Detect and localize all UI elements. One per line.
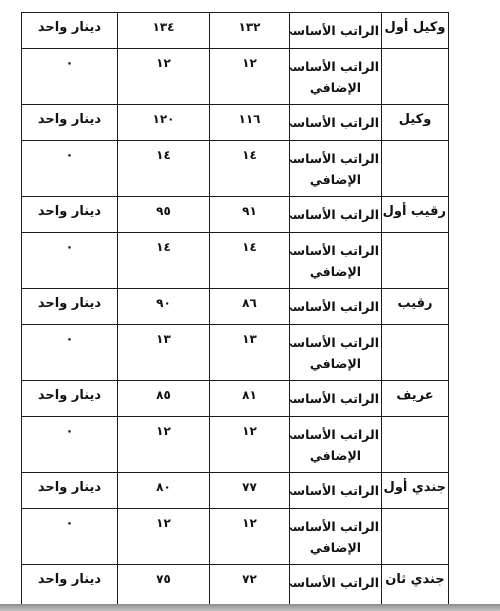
rank-cell — [382, 49, 449, 105]
salary-type-cell: الراتب الأساسيالإضافي — [290, 325, 382, 381]
rank-cell: جندي أول — [382, 473, 449, 509]
salary-type-cell: الراتب الأساسيالإضافي — [290, 141, 382, 197]
table-row: الراتب الأساسيالإضافي١٢١٢٠ — [22, 417, 449, 473]
table-row: جندي ثانالراتب الأساسي٧٢٧٥دينار واحد — [22, 565, 449, 605]
amount-a-cell: ٩١ — [210, 197, 290, 233]
rank-cell — [382, 325, 449, 381]
rank-cell: جندي ثان — [382, 565, 449, 605]
table-row: رقيبالراتب الأساسي٨٦٩٠دينار واحد — [22, 289, 449, 325]
salary-table-container: وكيل أولالراتب الأساسي١٣٢١٣٤دينار واحدال… — [21, 12, 449, 604]
rank-cell: عريف — [382, 381, 449, 417]
rank-cell — [382, 233, 449, 289]
table-row: رقيب أولالراتب الأساسي٩١٩٥دينار واحد — [22, 197, 449, 233]
note-cell: دينار واحد — [22, 197, 118, 233]
amount-b-cell: ١٣ — [118, 325, 210, 381]
table-row: عريفالراتب الأساسي٨١٨٥دينار واحد — [22, 381, 449, 417]
amount-a-cell: ٨١ — [210, 381, 290, 417]
salary-type-cell: الراتب الأساسيالإضافي — [290, 509, 382, 565]
note-cell: دينار واحد — [22, 289, 118, 325]
salary-type-cell: الراتب الأساسي — [290, 105, 382, 141]
amount-a-cell: ١٣٢ — [210, 13, 290, 49]
table-row: الراتب الأساسيالإضافي١٤١٤٠ — [22, 233, 449, 289]
note-cell: ٠ — [22, 509, 118, 565]
table-row: الراتب الأساسيالإضافي١٤١٤٠ — [22, 141, 449, 197]
rank-cell — [382, 417, 449, 473]
note-cell: دينار واحد — [22, 13, 118, 49]
document-page: وكيل أولالراتب الأساسي١٣٢١٣٤دينار واحدال… — [0, 0, 500, 611]
table-row: وكيل أولالراتب الأساسي١٣٢١٣٤دينار واحد — [22, 13, 449, 49]
rank-cell: رقيب — [382, 289, 449, 325]
rank-cell: رقيب أول — [382, 197, 449, 233]
amount-b-cell: ٨٥ — [118, 381, 210, 417]
amount-b-cell: ١٤ — [118, 233, 210, 289]
salary-type-line: الراتب الأساسي — [292, 332, 379, 353]
amount-b-cell: ١٢٠ — [118, 105, 210, 141]
amount-a-cell: ١١٦ — [210, 105, 290, 141]
amount-a-cell: ١٤ — [210, 141, 290, 197]
amount-b-cell: ٧٥ — [118, 565, 210, 605]
rank-cell: وكيل أول — [382, 13, 449, 49]
note-cell: ٠ — [22, 141, 118, 197]
salary-type-line: الإضافي — [292, 169, 379, 190]
amount-a-cell: ١٢ — [210, 49, 290, 105]
amount-b-cell: ١٣٤ — [118, 13, 210, 49]
amount-a-cell: ١٢ — [210, 509, 290, 565]
table-row: الراتب الأساسيالإضافي١٢١٢٠ — [22, 509, 449, 565]
salary-type-cell: الراتب الأساسي — [290, 381, 382, 417]
amount-b-cell: ٨٠ — [118, 473, 210, 509]
amount-a-cell: ١٤ — [210, 233, 290, 289]
rank-cell: وكيل — [382, 105, 449, 141]
salary-type-line: الإضافي — [292, 261, 379, 282]
salary-type-cell: الراتب الأساسيالإضافي — [290, 417, 382, 473]
bottom-gray-bar — [0, 604, 500, 611]
salary-type-line: الراتب الأساسي — [292, 240, 379, 261]
salary-type-cell: الراتب الأساسي — [290, 197, 382, 233]
amount-a-cell: ٧٧ — [210, 473, 290, 509]
amount-b-cell: ١٢ — [118, 417, 210, 473]
salary-type-cell: الراتب الأساسي — [290, 473, 382, 509]
salary-type-cell: الراتب الأساسي — [290, 565, 382, 605]
table-row: الراتب الأساسيالإضافي١٢١٢٠ — [22, 49, 449, 105]
amount-b-cell: ١٢ — [118, 509, 210, 565]
table-row: الراتب الأساسيالإضافي١٣١٣٠ — [22, 325, 449, 381]
salary-type-line: الراتب الأساسي — [292, 56, 379, 77]
note-cell: ٠ — [22, 325, 118, 381]
note-cell: دينار واحد — [22, 105, 118, 141]
rank-cell — [382, 141, 449, 197]
table-row: جندي أولالراتب الأساسي٧٧٨٠دينار واحد — [22, 473, 449, 509]
rank-cell — [382, 509, 449, 565]
amount-a-cell: ٧٢ — [210, 565, 290, 605]
note-cell: ٠ — [22, 49, 118, 105]
note-cell: دينار واحد — [22, 565, 118, 605]
salary-type-cell: الراتب الأساسيالإضافي — [290, 233, 382, 289]
salary-type-line: الإضافي — [292, 353, 379, 374]
salary-type-line: الإضافي — [292, 77, 379, 98]
note-cell: دينار واحد — [22, 381, 118, 417]
amount-a-cell: ١٢ — [210, 417, 290, 473]
salary-table: وكيل أولالراتب الأساسي١٣٢١٣٤دينار واحدال… — [21, 12, 449, 604]
salary-type-line: الإضافي — [292, 445, 379, 466]
amount-a-cell: ٨٦ — [210, 289, 290, 325]
salary-type-line: الراتب الأساسي — [292, 516, 379, 537]
salary-type-cell: الراتب الأساسيالإضافي — [290, 49, 382, 105]
amount-b-cell: ١٤ — [118, 141, 210, 197]
amount-b-cell: ٩٥ — [118, 197, 210, 233]
salary-type-line: الراتب الأساسي — [292, 148, 379, 169]
amount-b-cell: ٩٠ — [118, 289, 210, 325]
salary-type-cell: الراتب الأساسي — [290, 13, 382, 49]
note-cell: دينار واحد — [22, 473, 118, 509]
salary-type-cell: الراتب الأساسي — [290, 289, 382, 325]
table-row: وكيلالراتب الأساسي١١٦١٢٠دينار واحد — [22, 105, 449, 141]
amount-a-cell: ١٣ — [210, 325, 290, 381]
note-cell: ٠ — [22, 417, 118, 473]
salary-table-body: وكيل أولالراتب الأساسي١٣٢١٣٤دينار واحدال… — [22, 13, 449, 605]
amount-b-cell: ١٢ — [118, 49, 210, 105]
note-cell: ٠ — [22, 233, 118, 289]
salary-type-line: الإضافي — [292, 537, 379, 558]
salary-type-line: الراتب الأساسي — [292, 424, 379, 445]
